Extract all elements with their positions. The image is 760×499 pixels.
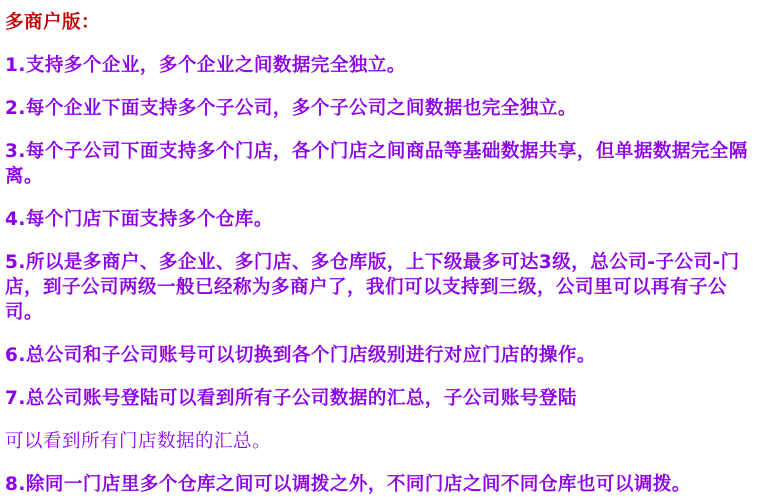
text-line: 7.总公司账号登陆可以看到所有子公司数据的汇总，子公司账号登陆: [5, 386, 754, 411]
text-line: 8.除同一门店里多个仓库之间可以调拨之外，不同门店之间不同仓库也可以调拨。: [5, 472, 754, 497]
text-line: 1.支持多个企业，多个企业之间数据完全独立。: [5, 53, 754, 78]
text-line: 3.每个子公司下面支持多个门店，各个门店之间商品等基础数据共享，但单据数据完全隔: [5, 139, 754, 164]
text-line: 店，到子公司两级一般已经称为多商户了，我们可以支持到三级，公司里可以再有子公: [5, 275, 754, 300]
text-line: 离。: [5, 164, 754, 189]
paragraph-item-8: 8.除同一门店里多个仓库之间可以调拨之外，不同门店之间不同仓库也可以调拨。: [5, 472, 754, 497]
text-line: 6.总公司和子公司账号可以切换到各个门店级别进行对应门店的操作。: [5, 343, 754, 368]
text-line: 可以看到所有门店数据的汇总。: [5, 429, 754, 454]
paragraph-item-3: 3.每个子公司下面支持多个门店，各个门店之间商品等基础数据共享，但单据数据完全隔…: [5, 139, 754, 189]
paragraph-item-7-continuation: 可以看到所有门店数据的汇总。: [5, 429, 754, 454]
paragraph-item-6: 6.总公司和子公司账号可以切换到各个门店级别进行对应门店的操作。: [5, 343, 754, 368]
paragraph-item-2: 2.每个企业下面支持多个子公司，多个子公司之间数据也完全独立。: [5, 96, 754, 121]
heading-multi-merchant-version: 多商户版：: [5, 10, 754, 35]
text-line: 5.所以是多商户、多企业、多门店、多仓库版，上下级最多可达3级，总公司-子公司-…: [5, 250, 754, 275]
paragraph-item-1: 1.支持多个企业，多个企业之间数据完全独立。: [5, 53, 754, 78]
text-line: 司。: [5, 300, 754, 325]
paragraph-item-5: 5.所以是多商户、多企业、多门店、多仓库版，上下级最多可达3级，总公司-子公司-…: [5, 250, 754, 325]
text-line: 2.每个企业下面支持多个子公司，多个子公司之间数据也完全独立。: [5, 96, 754, 121]
paragraph-item-7: 7.总公司账号登陆可以看到所有子公司数据的汇总，子公司账号登陆: [5, 386, 754, 411]
text-line: 4.每个门店下面支持多个仓库。: [5, 207, 754, 232]
paragraph-item-4: 4.每个门店下面支持多个仓库。: [5, 207, 754, 232]
heading-text: 多商户版：: [5, 10, 754, 35]
document-body: 多商户版： 1.支持多个企业，多个企业之间数据完全独立。 2.每个企业下面支持多…: [0, 0, 760, 497]
